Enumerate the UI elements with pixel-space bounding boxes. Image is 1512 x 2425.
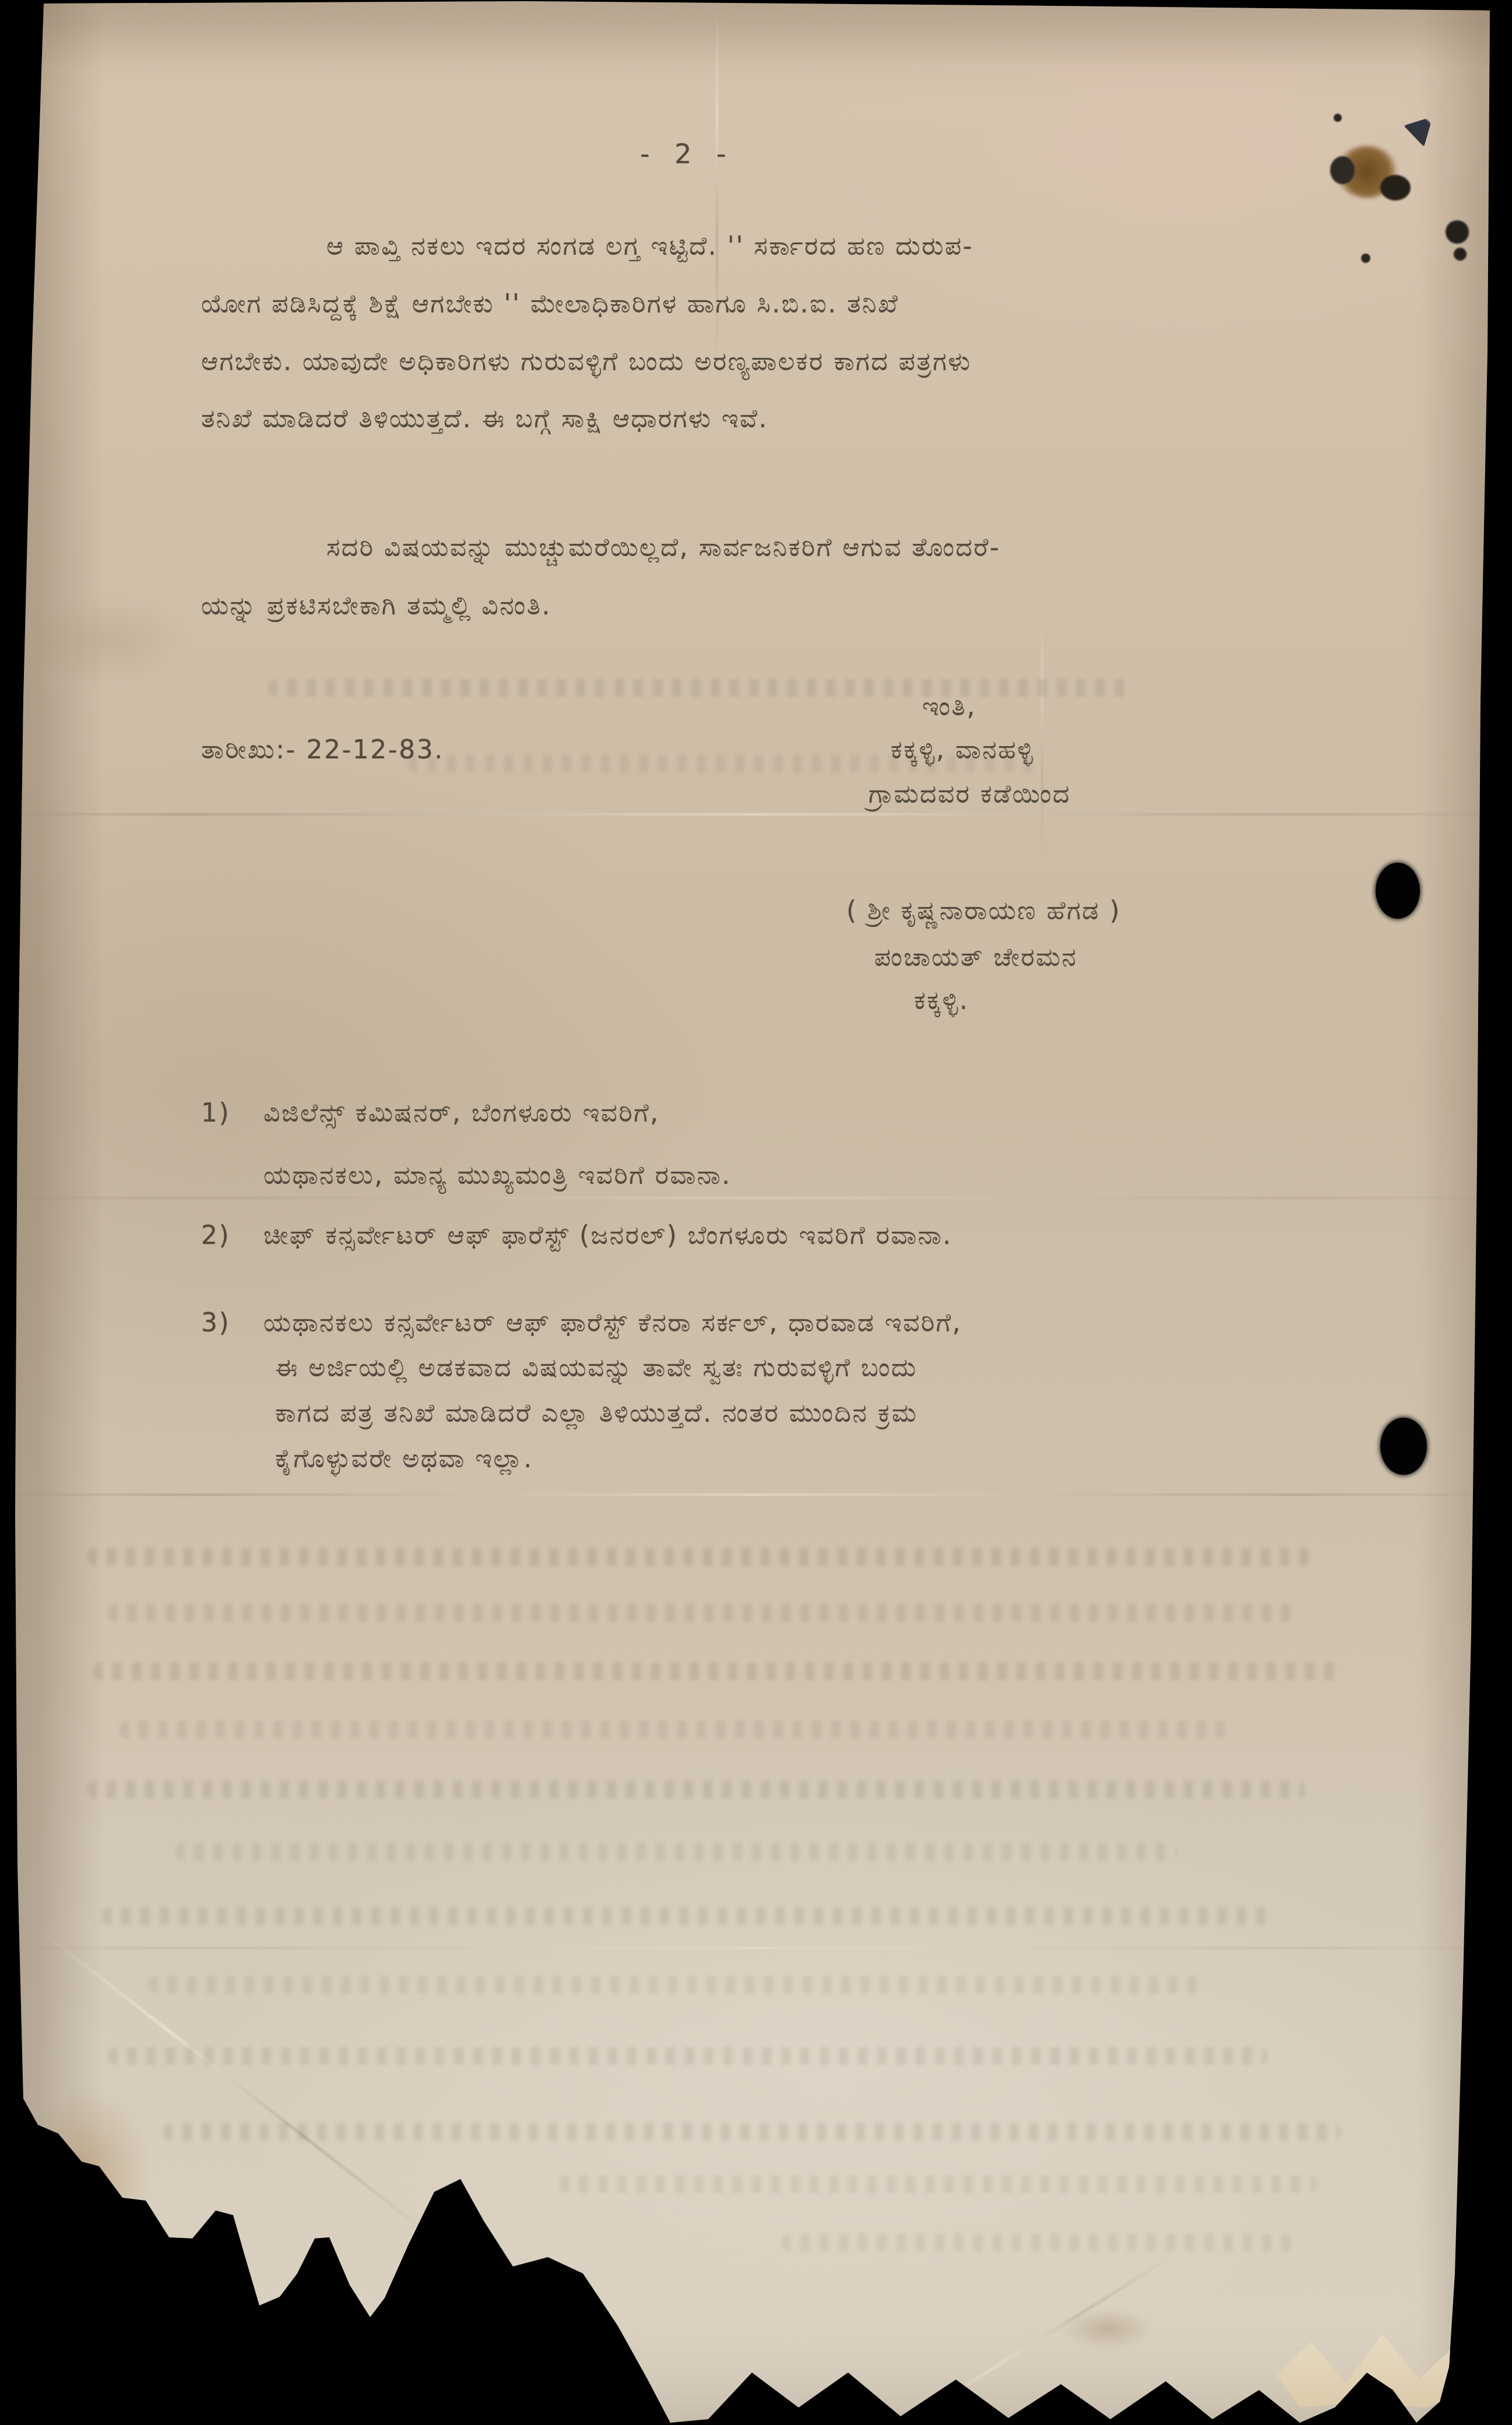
ghost-text-line bbox=[149, 1976, 1204, 1994]
ghost-text-line bbox=[781, 2234, 1294, 2251]
body-line: ಸದರಿ ವಿಷಯವನ್ನು ಮುಚ್ಚುಮರೆಯಿಲ್ಲದೆ, ಸಾರ್ವಜನ… bbox=[326, 533, 1000, 563]
cc-item-line: ಈ ಅರ್ಜಿಯಲ್ಲಿ ಅಡಕವಾದ ವಿಷಯವನ್ನು ತಾವೇ ಸ್ವತಃ… bbox=[275, 1354, 917, 1383]
signature-name: ( ಶ್ರೀ ಕೃಷ್ಣನಾರಾಯಣ ಹೆಗಡ ) bbox=[846, 897, 1121, 926]
fold-crease bbox=[0, 1197, 1512, 1199]
fold-crease bbox=[0, 813, 1512, 816]
closing-salutation: ಇಂತಿ, bbox=[922, 693, 976, 722]
body-line: ಆ ಪಾವ್ತಿ ನಕಲು ಇದರ ಸಂಗಡ ಲಗ್ತ ಇಟ್ಟಿದೆ. '' … bbox=[326, 232, 973, 262]
ink-stain bbox=[1334, 114, 1342, 122]
body-line: ಆಗಬೇಕು. ಯಾವುದೇ ಅಧಿಕಾರಿಗಳು ಗುರುವಳ್ಳಿಗೆ ಬಂ… bbox=[201, 347, 972, 377]
signature-title: ಪಂಚಾಯತ್ ಚೇರಮನ bbox=[874, 943, 1078, 973]
ghost-text-line bbox=[560, 2176, 1317, 2193]
ghost-text-line bbox=[87, 1548, 1311, 1566]
punch-hole bbox=[1376, 863, 1420, 919]
document-paper: - 2 - ಆ ಪಾವ್ತಿ ನಕಲು ಇದರ ಸಂಗಡ ಲಗ್ತ ಇಟ್ಟಿದ… bbox=[0, 0, 1512, 2425]
paper-stain bbox=[35, 595, 187, 688]
ink-stain bbox=[1404, 117, 1433, 147]
fold-crease bbox=[0, 1493, 1512, 1496]
paper-stain bbox=[23, 2087, 152, 2262]
torn-paper-fold bbox=[1277, 2326, 1469, 2408]
fold-crease bbox=[0, 1947, 1512, 1949]
ink-stain bbox=[1446, 220, 1469, 244]
ink-stain bbox=[1380, 175, 1411, 201]
ink-stain bbox=[1361, 254, 1370, 263]
ink-stain bbox=[1330, 156, 1355, 184]
ghost-text-line bbox=[268, 679, 1131, 697]
ghost-text-line bbox=[119, 1721, 1227, 1738]
cc-item-line: ಚೀಫ್ ಕನ್ಸರ್ವೇಟರ್ ಆಫ್ ಫಾರೆಸ್ಟ್ (ಜನರಲ್) ಬೆ… bbox=[263, 1221, 952, 1251]
cc-item-line: ಕಾಗದ ಪತ್ರ ತನಿಖೆ ಮಾಡಿದರೆ ಎಲ್ಲಾ ತಿಳಿಯುತ್ತದ… bbox=[275, 1399, 917, 1429]
cc-item-marker: 1) bbox=[201, 1099, 230, 1129]
body-line: ತನಿಖೆ ಮಾಡಿದರೆ ತಿಳಿಯುತ್ತದೆ. ಈ ಬಗ್ಗೆ ಸಾಕ್ಷ… bbox=[201, 405, 768, 434]
cc-item-line: ಯಥಾನಕಲು, ಮಾನ್ಯ ಮುಖ್ಯಮಂತ್ರಿ ಇವರಿಗೆ ರವಾನಾ. bbox=[263, 1161, 732, 1191]
ghost-text-line bbox=[102, 1907, 1274, 1925]
ink-stain bbox=[1454, 248, 1467, 261]
cc-item-line: ವಿಜಿಲೆನ್ಸ್ ಕಮಿಷನರ್, ಬೆಂಗಳೂರು ಇವರಿಗೆ, bbox=[263, 1099, 660, 1129]
cc-item-marker: 2) bbox=[201, 1221, 230, 1251]
ghost-text-line bbox=[93, 1663, 1341, 1680]
ghost-text-line bbox=[175, 1843, 1177, 1861]
body-line: ಯನ್ನು ಪ್ರಕಟಿಸಬೇಕಾಗಿ ತಮ್ಮಲ್ಲಿ ವಿನಂತಿ. bbox=[201, 592, 551, 621]
signature-place: ಕಕ್ಕಳ್ಳಿ. bbox=[914, 986, 969, 1016]
body-line: ಯೋಗ ಪಡಿಸಿದ್ದಕ್ಕೆ ಶಿಕ್ಷೆ ಆಗಬೇಕು '' ಮೇಲಾಧಿ… bbox=[201, 290, 899, 319]
cc-item-marker: 3) bbox=[201, 1309, 230, 1338]
scan-background: { "page": { "number": "- 2 -" }, "body":… bbox=[0, 0, 1512, 2425]
paper-stain bbox=[1061, 2308, 1154, 2349]
ghost-text-line bbox=[163, 2123, 1341, 2141]
ghost-text-line bbox=[108, 1604, 1297, 1622]
closing-place-line: ಕಕ್ಕಳ್ಳಿ, ವಾನಹಳ್ಳಿ bbox=[891, 736, 1035, 765]
closing-from-line: ಗ್ರಾಮದವರ ಕಡೆಯಿಂದ bbox=[868, 780, 1071, 810]
ghost-text-line bbox=[108, 2047, 1268, 2065]
ghost-text-line bbox=[87, 1781, 1306, 1798]
punch-hole bbox=[1380, 1418, 1427, 1475]
date-line: ತಾರೀಖು:- 22-12-83. bbox=[201, 736, 444, 765]
cc-item-line: ಯಥಾನಕಲು ಕನ್ಸರ್ವೇಟರ್ ಆಫ್ ಫಾರೆಸ್ಟ್ ಕೆನರಾ ಸ… bbox=[263, 1309, 962, 1338]
cc-item-line: ಕೈಗೊಳ್ಳುವರೇ ಅಥವಾ ಇಲ್ಲಾ. bbox=[275, 1445, 533, 1474]
page-number: - 2 - bbox=[640, 139, 734, 170]
fold-crease bbox=[1041, 612, 1043, 857]
